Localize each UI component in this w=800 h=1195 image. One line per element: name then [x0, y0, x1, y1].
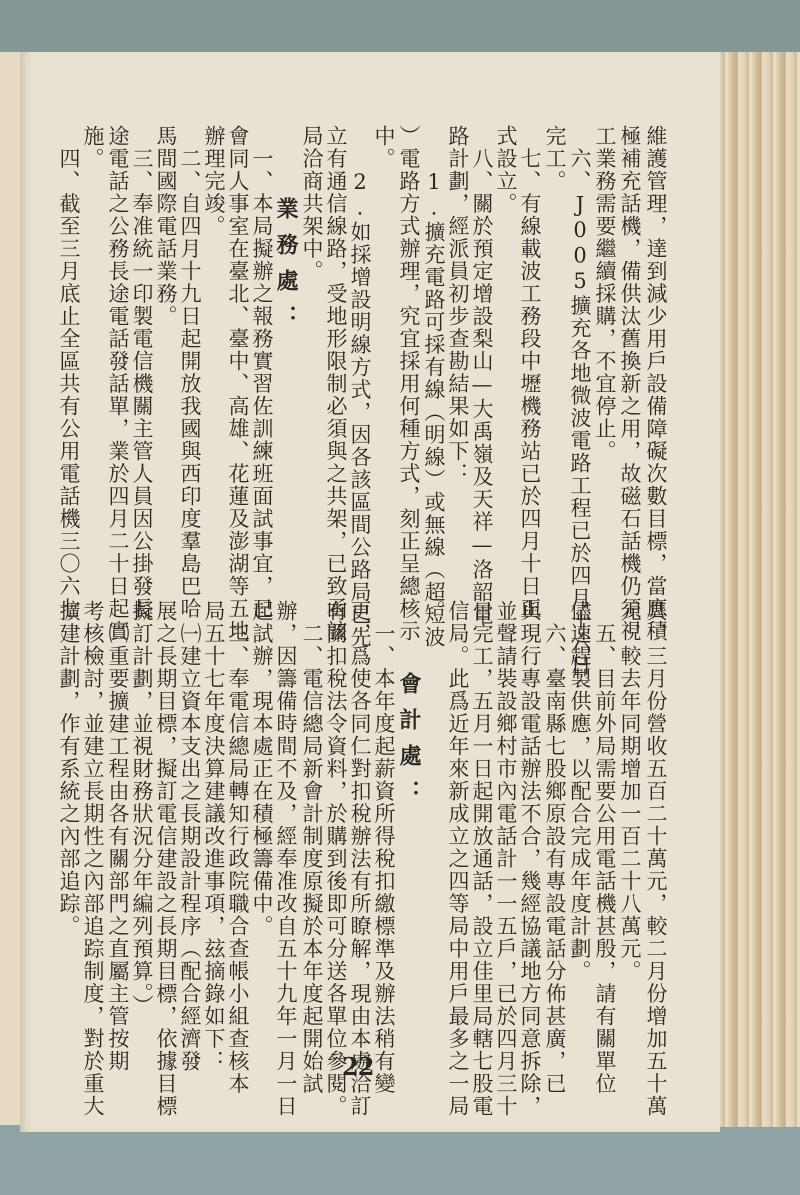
- text-column: 元，較去年同期增加一百二十八萬元。: [618, 600, 642, 983]
- text-column: ）電路方式辦理，究宜採用何種方式，刻正呈總核示: [397, 125, 421, 643]
- text-column: 中。: [372, 125, 396, 170]
- text-column: 局五十七年度決算建議改進事項，玆摘錄如下：: [202, 600, 226, 1073]
- text-column: 。: [422, 600, 446, 623]
- text-column: 辦，因籌備時間不及，經奉准改自五十九年一月一日: [274, 600, 298, 1118]
- text-column: 七、有線載波工務段中壢機務站已於四月十日正: [518, 125, 542, 620]
- text-column: 考核檢討，並建立長期性之內部追踪制度，對於重大: [81, 600, 105, 1118]
- text-column: 六、臺南縣七股鄉原設有專設電話分佈甚廣，已: [543, 600, 567, 1095]
- text-column: 展之長期目標，擬訂電信建設之長期目標，依據目標: [154, 600, 178, 1118]
- background-bottom: [0, 1125, 800, 1195]
- text-column: 六、J005擴充各地微波電路工程已於四月十六日: [568, 125, 592, 677]
- text-column: 辦理完竣。: [202, 125, 226, 238]
- text-column: 途電話之公務長途電話發話單，業於四月二十日起實: [106, 125, 130, 643]
- text-column: 擬訂計劃，並視財務狀況分年編列預算。）: [130, 600, 154, 1017]
- text-column: 更，爲使各同仁對扣稅辦法有所瞭解，現由本處洽訂: [348, 600, 372, 1118]
- text-column: 工業務需要繼續採購，不宜停止。: [593, 125, 617, 463]
- text-column: 2.如採增設明線方式，因各該區間公路局已先: [348, 125, 372, 649]
- text-column: 極補充話機，備供汰舊換新之用，故磁石話機仍須視: [618, 125, 642, 643]
- text-column: 一、本局擬辦之報務實習佐訓練班面試事宜，已: [250, 125, 274, 620]
- text-column: ㈠建立資本支出之長期設計程序（配合經濟發: [178, 600, 202, 1073]
- text-column: 1.擴充電路可採有線（明線）或無線（超短波: [422, 125, 446, 649]
- page-number: 22: [342, 1052, 373, 1081]
- text-column: 二、電信總局新會計制度原擬於本年度起開始試: [300, 600, 324, 1095]
- text-column: 日完工，五月一日起開放通話，設立佳里局轄七股電: [470, 600, 494, 1118]
- text-column: 式設立。: [494, 125, 518, 215]
- text-column: 具，三月份營收五百二十萬元，較二月份增加五十萬: [644, 600, 668, 1118]
- text-column: 維護管理，達到減少用戶設備障礙次數目標，當應積: [644, 125, 668, 643]
- text-column: 三、奉電信總局轉知行政院職合查帳小組查核本: [226, 600, 250, 1095]
- text-column: 八、關於預定增設梨山—大禹嶺及天祥—洛韶電: [470, 125, 494, 626]
- background-top: [0, 0, 800, 55]
- text-column: 立有通信線路，受地形限制必須與之共架，已致函該: [324, 125, 348, 643]
- text-column: 二、自四月十九日起開放我國與西印度羣島巴哈: [178, 125, 202, 620]
- text-column: 儘速趕製供應，以配合完成年度計劃。: [568, 600, 592, 983]
- text-column: 五、目前外局需要公用電話機甚殷，請有關單位: [593, 600, 617, 1095]
- book-fore-edge: [715, 52, 800, 1127]
- text-column: 會同人事室在臺北、臺中、高雄、花蓮及澎湖等五地: [226, 125, 250, 643]
- text-column: 三、奉准統一印製電信機關主管人員因公掛發長: [130, 125, 154, 620]
- text-column: 施。: [81, 125, 105, 170]
- previous-page-edge: [0, 52, 21, 1125]
- text-column: 起試辦，現本處正在積極籌備中。: [250, 600, 274, 938]
- section-heading: 會計處：: [397, 600, 421, 816]
- text-column: 馬間國際電話業務。: [154, 125, 178, 328]
- text-column: 與現行專設電話辦法不合，幾經協議地方同意拆除，: [518, 600, 542, 1118]
- text-column: 信局。此爲近年來新成立之四等局中用戶最多之一局: [446, 600, 470, 1118]
- text-column: 一、本年度起薪資所得稅扣繳標準及辦法稍有變: [372, 600, 396, 1095]
- text-column: 擴建計劃，作有系統之內部追踪。: [57, 600, 81, 938]
- text-column: 完工。: [543, 125, 567, 193]
- text-column: 局洽商共架中。: [300, 125, 324, 283]
- text-column: 並聲請裝設鄉村市內電話計一一五戶，已於四月三十: [494, 600, 518, 1118]
- text-column: 路計劃，經派員初步查勘結果如下：: [446, 125, 470, 485]
- text-column: 有關扣稅法令資料，於購到後即可分送各單位參閱。: [324, 600, 348, 1118]
- section-heading: 業務處：: [274, 125, 298, 341]
- text-column: 四、截至三月底止全區共有公用電話機三〇六七: [57, 125, 81, 620]
- text-column: ㈡重要擴建工程由各有關部門之直屬主管按期: [106, 600, 130, 1073]
